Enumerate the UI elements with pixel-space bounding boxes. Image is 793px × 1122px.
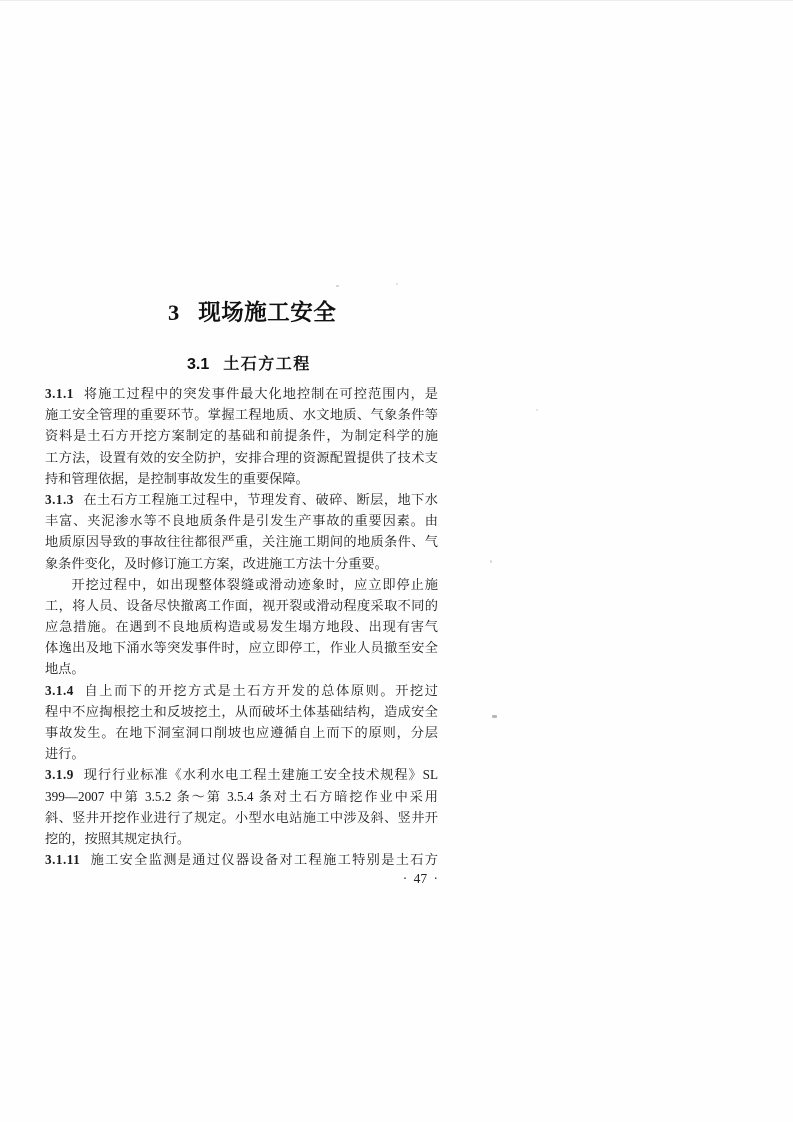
document-page: 3现场施工安全 3.1土石方工程 3.1.1将施工过程中的突发事件最大化地控制在… xyxy=(0,0,793,1122)
scan-speck xyxy=(536,409,538,411)
text-line: 地点。 xyxy=(45,658,438,679)
section-number: 3.1 xyxy=(187,356,209,373)
clause-text: 在土石方工程施工过程中，节理发育、破碎、断层，地下水 xyxy=(83,492,438,507)
scan-speck xyxy=(492,715,497,718)
text-line: 3.1.3在土石方工程施工过程中，节理发育、破碎、断层，地下水 xyxy=(45,489,438,510)
scan-speck xyxy=(396,283,398,285)
scan-speck xyxy=(490,560,492,563)
text-line: 工，将人员、设备尽快撤离工作面，视开裂或滑动程度采取不同的 xyxy=(45,595,438,616)
text-line: 施工安全管理的重要环节。掌握工程地质、水文地质、气象条件等 xyxy=(45,404,438,425)
text-line: 开挖过程中，如出现整体裂缝或滑动迹象时，应立即停止施 xyxy=(45,574,438,595)
clause-number: 3.1.9 xyxy=(45,767,74,782)
clause-number: 3.1.1 xyxy=(45,386,74,401)
body-text: 3.1.1将施工过程中的突发事件最大化地控制在可控范围内，是施工安全管理的重要环… xyxy=(45,383,438,870)
clause-text: 施工安全监测是通过仪器设备对工程施工特别是土石方 xyxy=(89,852,438,867)
text-line: 资料是土石方开挖方案制定的基础和前提条件，为制定科学的施 xyxy=(45,425,438,446)
section-heading: 3.1土石方工程 xyxy=(187,351,311,374)
clause-number: 3.1.11 xyxy=(45,852,80,867)
text-line: 斜、竖井开挖作业进行了规定。小型水电站施工中涉及斜、竖井开 xyxy=(45,807,438,828)
chapter-heading: 3现场施工安全 xyxy=(168,295,336,327)
clause-number: 3.1.3 xyxy=(45,492,74,507)
chapter-title: 现场施工安全 xyxy=(198,300,336,325)
text-line: 工方法，设置有效的安全防护，安排合理的资源配置提供了技术支 xyxy=(45,447,438,468)
clause-text: 自上而下的开挖方式是土石方开发的总体原则。开挖过 xyxy=(83,683,438,698)
scan-speck xyxy=(336,285,339,287)
text-line: 挖的，按照其规定执行。 xyxy=(45,828,438,849)
text-line: 持和管理依据，是控制事故发生的重要保障。 xyxy=(45,468,438,489)
chapter-number: 3 xyxy=(168,300,179,325)
section-title: 土石方工程 xyxy=(223,356,311,373)
page-footer: · 47 · xyxy=(45,871,438,887)
text-line: 应急措施。在遇到不良地质构造或易发生塌方地段、出现有害气 xyxy=(45,616,438,637)
text-line: 3.1.9现行行业标准《水利水电工程土建施工安全技术规程》SL xyxy=(45,764,438,785)
text-line: 进行。 xyxy=(45,743,438,764)
text-line: 象条件变化，及时修订施工方案，改进施工方法十分重要。 xyxy=(45,553,438,574)
text-line: 丰富、夹泥渗水等不良地质条件是引发生产事故的重要因素。由 xyxy=(45,510,438,531)
text-line: 事故发生。在地下洞室洞口削坡也应遵循自上而下的原则，分层 xyxy=(45,722,438,743)
clause-text: 现行行业标准《水利水电工程土建施工安全技术规程》SL xyxy=(83,767,438,782)
text-line: 体逸出及地下涌水等突发事件时，应立即停工，作业人员撤至安全 xyxy=(45,637,438,658)
text-line: 399—2007 中第 3.5.2 条～第 3.5.4 条对土石方暗挖作业中采用 xyxy=(45,786,438,807)
text-line: 3.1.4自上而下的开挖方式是土石方开发的总体原则。开挖过 xyxy=(45,680,438,701)
text-line: 3.1.1将施工过程中的突发事件最大化地控制在可控范围内，是 xyxy=(45,383,438,404)
clause-text: 将施工过程中的突发事件最大化地控制在可控范围内，是 xyxy=(83,386,438,401)
page-number: · 47 · xyxy=(403,871,438,886)
text-line: 3.1.11施工安全监测是通过仪器设备对工程施工特别是土石方 xyxy=(45,849,438,870)
text-line: 地质原因导致的事故往往都很严重，关注施工期间的地质条件、气 xyxy=(45,531,438,552)
clause-number: 3.1.4 xyxy=(45,683,74,698)
text-line: 程中不应掏根挖土和反坡挖土，从而破坏土体基础结构，造成安全 xyxy=(45,701,438,722)
